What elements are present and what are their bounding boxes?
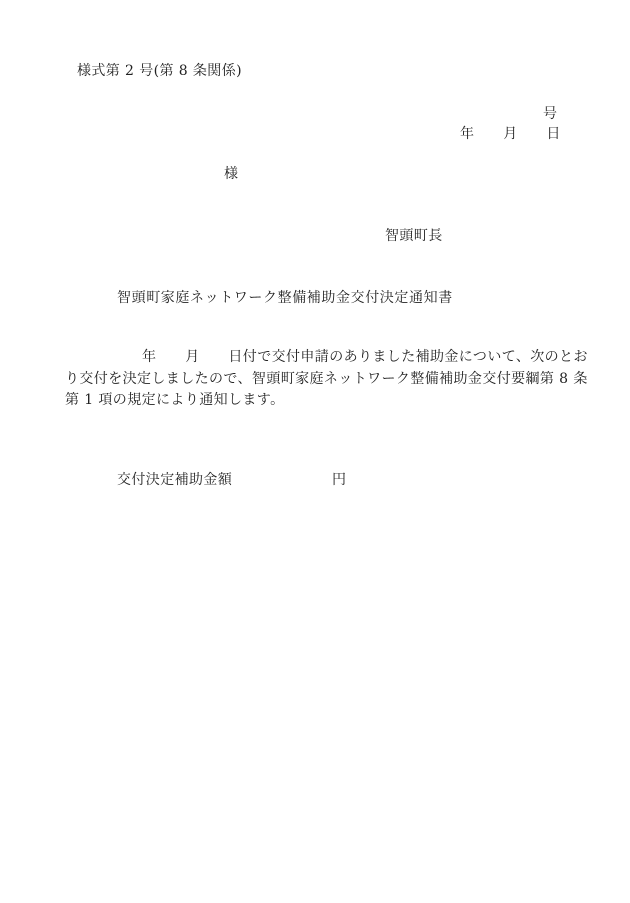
document-page: 様式第 2 号(第 8 条関係) 号 年 月 日 様 智頭町長 智頭町家庭ネット… — [0, 0, 630, 903]
document-number-line: 号 — [543, 107, 557, 121]
amount-unit: 円 — [332, 473, 346, 487]
body-line-3: 第 1 項の規定により通知します。 — [65, 393, 285, 407]
form-number-label: 様式第 2 号(第 8 条関係) — [77, 64, 242, 78]
issue-date-line: 年 月 日 — [460, 127, 561, 141]
amount-label: 交付決定補助金額 — [117, 473, 232, 487]
addressee-honorific: 様 — [224, 167, 238, 181]
body-line-1: 年 月 日付で交付申請のありました補助金について、次のとお — [142, 350, 588, 364]
document-title: 智頭町家庭ネットワーク整備補助金交付決定通知書 — [117, 291, 453, 305]
sender-title: 智頭町長 — [385, 229, 443, 243]
body-line-2: り交付を決定しましたので、智頭町家庭ネットワーク整備補助金交付要綱第 8 条 — [65, 372, 588, 386]
